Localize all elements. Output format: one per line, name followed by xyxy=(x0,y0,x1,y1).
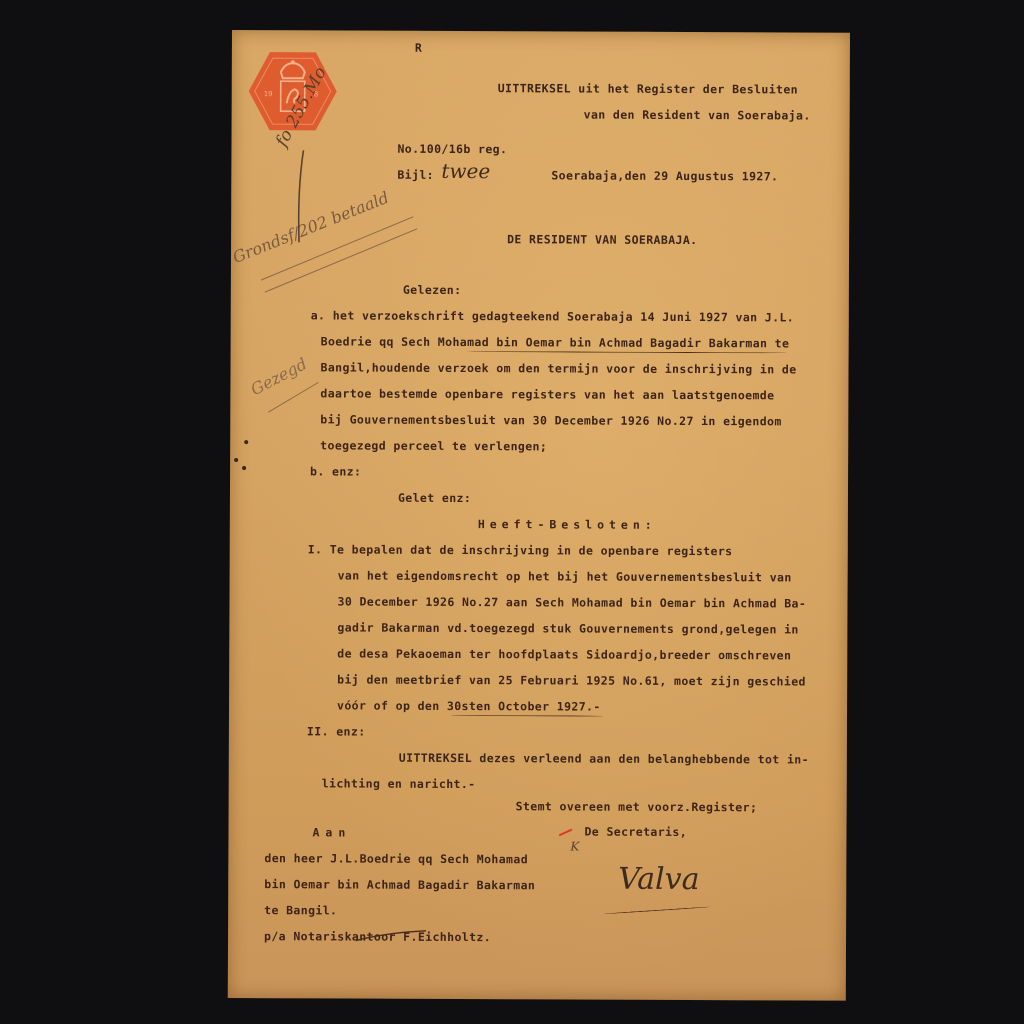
read-heading: Gelezen: xyxy=(403,283,462,297)
item-a-line: daartoe bestemde openbare registers van … xyxy=(320,386,774,402)
svg-text:19: 19 xyxy=(264,90,273,98)
decision-I-line: vóór of op den 30sten October 1927.- xyxy=(337,698,601,713)
extract-note-line: UITTREKSEL dezes verleend aan den belang… xyxy=(399,751,809,767)
enclosure-label: Bijl: xyxy=(397,168,434,182)
decision-I-line: van het eigendomsrecht op het bij het Go… xyxy=(338,568,792,584)
item-a-line: bij Gouvernementsbesluit van 30 December… xyxy=(320,412,781,428)
reference-number: No.100/16b reg. xyxy=(397,142,507,156)
decision-I-line: gadir Bakarman vd.toegezegd stuk Gouvern… xyxy=(337,620,798,636)
enclosure-handwritten: twee xyxy=(441,159,490,183)
margin-payment-note: Grondsf/202 betaald xyxy=(230,188,392,267)
decision-I-line: I. Te bepalen dat de inschrijving in de … xyxy=(308,542,733,558)
addressee-line: p/a Notariskantoor F.Eichholtz. xyxy=(264,929,491,944)
margin-initial-note: Gezegd xyxy=(248,354,311,399)
ink-spot xyxy=(234,458,238,462)
signature-line xyxy=(604,906,710,914)
noted-heading: Gelet enz: xyxy=(398,491,471,505)
place-date: Soerabaja,den 29 Augustus 1927. xyxy=(551,168,778,183)
check-mark-k: K xyxy=(570,839,579,853)
addressee-block: den heer J.L.Boedrie qq Sech Mohamadbin … xyxy=(232,30,850,33)
decision-I-line: bij den meetbrief van 25 Februari 1925 N… xyxy=(337,672,806,688)
header-mark: R xyxy=(415,41,422,55)
ink-spot xyxy=(242,466,246,470)
addressee-line: bin Oemar bin Achmad Bagadir Bakarman xyxy=(264,877,535,892)
ink-spot xyxy=(244,440,248,444)
item-a-line: Boedrie qq Sech Mohamad bin Oemar bin Ac… xyxy=(321,334,790,350)
secretary-title: De Secretaris, xyxy=(584,825,687,839)
conformity-statement: Stemt overeen met voorz.Register; xyxy=(516,799,758,814)
authority-heading: DE RESIDENT VAN SOERABAJA. xyxy=(507,232,697,247)
addressee-heading: Aan xyxy=(312,825,351,839)
document-page: 19 8 R UITTREKSEL uit het Register der B… xyxy=(228,30,850,1001)
underline-deadline xyxy=(451,715,603,717)
item-a-line: toegezegd perceel te verlengen; xyxy=(320,438,547,453)
decision-heading: Heeft-Besloten: xyxy=(478,517,657,532)
secretary-signature: Valva xyxy=(618,862,699,897)
item-a-line: Bangil,houdende verzoek om den termijn v… xyxy=(320,360,796,376)
extract-note-block: UITTREKSEL dezes verleend aan den belang… xyxy=(232,30,850,33)
item-a-line: a. het verzoekschrift gedagteekend Soera… xyxy=(311,308,794,324)
title-line-2: van den Resident van Soerabaja. xyxy=(584,108,811,123)
addressee-line: den heer J.L.Boedrie qq Sech Mohamad xyxy=(264,851,528,866)
extract-note-line: lichting en naricht.- xyxy=(322,776,476,791)
red-tick-mark-icon xyxy=(559,829,573,837)
item-b: b. enz: xyxy=(310,464,361,478)
decision-I-block: I. Te bepalen dat de inschrijving in de … xyxy=(232,30,850,33)
title-line-1: UITTREKSEL uit het Register der Besluite… xyxy=(498,81,798,96)
decision-I-line: de desa Pekaoeman ter hoofdplaats Sidoar… xyxy=(337,646,791,662)
item-a-block: a. het verzoekschrift gedagteekend Soera… xyxy=(232,30,850,33)
decision-II: II. enz: xyxy=(307,724,366,738)
underline-name xyxy=(467,351,787,353)
addressee-line: te Bangil. xyxy=(264,903,337,917)
decision-I-line: 30 December 1926 No.27 aan Sech Mohamad … xyxy=(337,594,806,610)
